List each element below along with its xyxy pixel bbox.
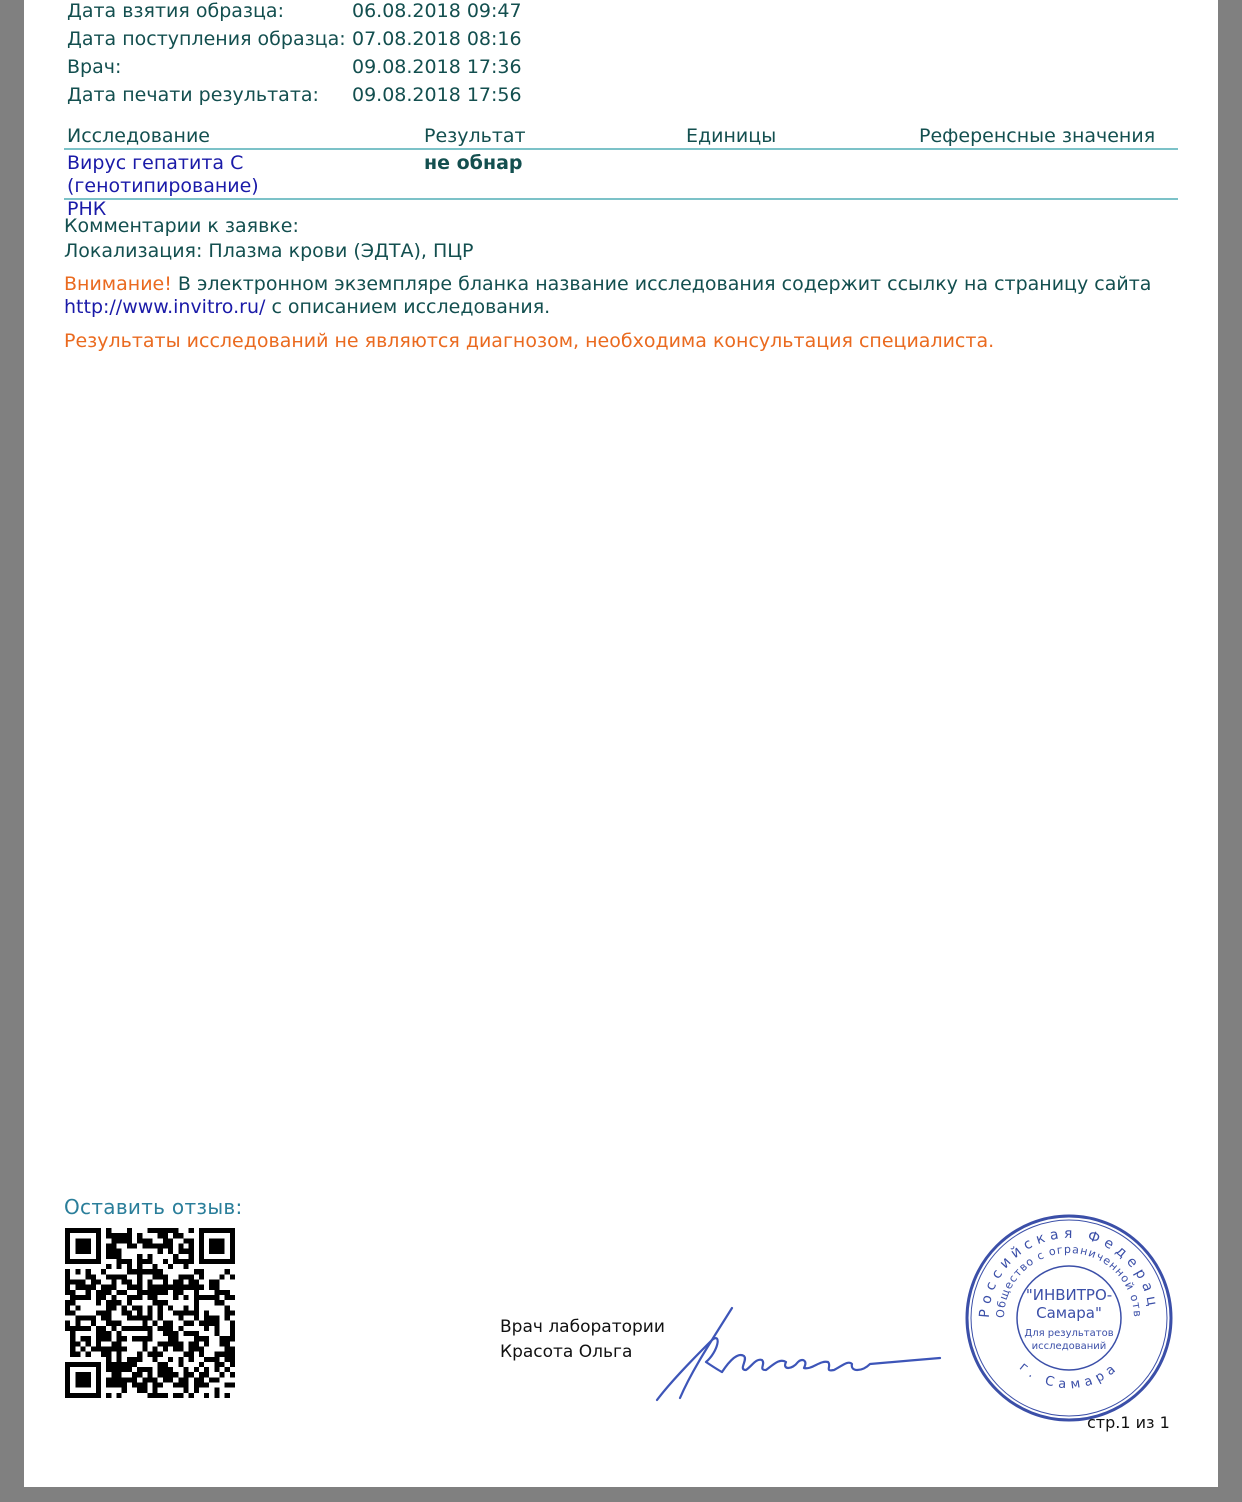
meta-label: Врач:	[67, 56, 121, 78]
test-name-link[interactable]: Вирус гепатита С (генотипирование) РНК	[67, 152, 427, 221]
header-test: Исследование	[67, 125, 210, 147]
header-units: Единицы	[686, 125, 776, 147]
signer-block: Врач лаборатории Красота Ольга	[500, 1315, 665, 1365]
svg-text:Самара": Самара"	[1036, 1304, 1102, 1322]
meta-value: 09.08.2018 17:56	[352, 84, 522, 106]
attention-notice: Внимание! В электронном экземпляре бланк…	[64, 273, 1151, 295]
meta-value: 06.08.2018 09:47	[352, 0, 522, 22]
header-result: Результат	[424, 125, 526, 147]
lab-result-page: Дата взятия образца: 06.08.2018 09:47 Да…	[24, 0, 1218, 1487]
svg-text:"ИНВИТРО-: "ИНВИТРО-	[1026, 1286, 1112, 1304]
svg-text:исследований: исследований	[1032, 1341, 1107, 1352]
meta-label: Дата взятия образца:	[67, 0, 284, 22]
page-number: стр.1 из 1	[1087, 1413, 1170, 1432]
header-divider	[64, 148, 1178, 150]
attention-notice-line2: http://www.invitro.ru/ с описанием иссле…	[64, 296, 550, 318]
header-reference: Референсные значения	[919, 125, 1155, 147]
test-name-line: Вирус гепатита С (генотипирование)	[67, 152, 427, 198]
row-divider	[64, 198, 1178, 200]
comments-localization: Локализация: Плазма крови (ЭДТА), ПЦР	[64, 240, 473, 262]
signer-title: Врач лаборатории	[500, 1315, 665, 1340]
stamp-icon: Российская Федерация Общество с ограниче…	[959, 1208, 1179, 1428]
signer-name: Красота Ольга	[500, 1340, 665, 1365]
svg-text:г. Самара: г. Самара	[1016, 1359, 1122, 1392]
attention-text: В электронном экземпляре бланка название…	[172, 273, 1152, 295]
qr-code-icon[interactable]	[65, 1227, 235, 1399]
signature-icon	[652, 1300, 942, 1410]
attention-label: Внимание!	[64, 273, 172, 295]
invitro-link[interactable]: http://www.invitro.ru/	[64, 296, 265, 318]
svg-text:Для результатов: Для результатов	[1024, 1328, 1113, 1339]
meta-label: Дата поступления образца:	[67, 28, 346, 50]
attention-text-2: с описанием исследования.	[265, 296, 550, 318]
meta-value: 09.08.2018 17:36	[352, 56, 522, 78]
meta-value: 07.08.2018 08:16	[352, 28, 522, 50]
meta-label: Дата печати результата:	[67, 84, 319, 106]
result-value: не обнар	[424, 152, 523, 174]
feedback-label: Оставить отзыв:	[64, 1195, 243, 1219]
disclaimer: Результаты исследований не являются диаг…	[64, 330, 994, 352]
comments-title: Комментарии к заявке:	[64, 215, 299, 237]
